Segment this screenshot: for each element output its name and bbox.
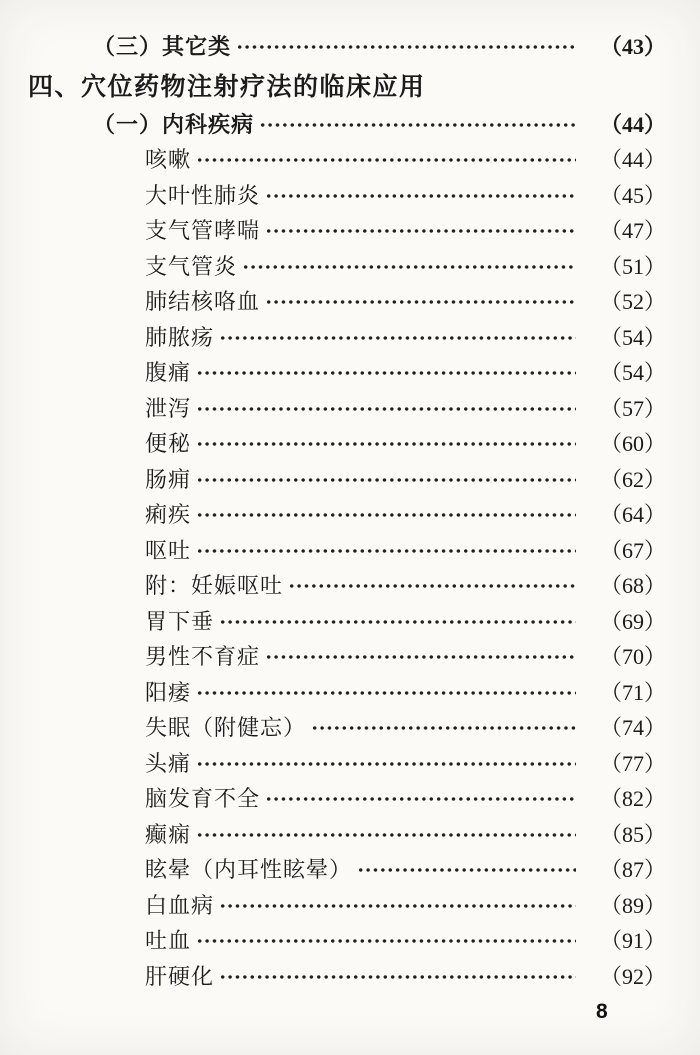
toc-entry: 失眠（附健忘） （74） bbox=[0, 709, 666, 745]
toc-entry-label: 男性不育症 bbox=[145, 640, 260, 671]
dot-leader bbox=[265, 638, 576, 674]
toc-entry-label: 泄泻 bbox=[145, 392, 191, 423]
toc-entry-label: 大叶性肺炎 bbox=[145, 179, 260, 210]
dot-leader bbox=[219, 887, 576, 923]
toc-entry: 大叶性肺炎 （45） bbox=[0, 177, 666, 213]
toc-entry: 胃下垂 （69） bbox=[0, 603, 666, 639]
toc-entry: 肠痈 （62） bbox=[0, 461, 666, 497]
toc-entry-label: 咳嗽 bbox=[145, 143, 191, 174]
toc-section-heading-label: 四、穴位药物注射疗法的临床应用 bbox=[28, 67, 426, 103]
toc-entry-page: （45） bbox=[580, 179, 666, 210]
dot-leader bbox=[265, 283, 576, 319]
dot-leader bbox=[288, 567, 576, 603]
toc-entry-page: （77） bbox=[580, 747, 666, 778]
dot-leader bbox=[196, 496, 576, 532]
toc-entry: 阳痿 （71） bbox=[0, 674, 666, 710]
toc-entry-label: 便秘 bbox=[145, 427, 191, 458]
toc-entry: 肺结核咯血 （52） bbox=[0, 283, 666, 319]
toc-entry-page: （68） bbox=[580, 569, 666, 600]
dot-leader bbox=[196, 425, 576, 461]
toc-entry-label: （三）其它类 bbox=[93, 30, 231, 61]
dot-leader bbox=[196, 354, 576, 390]
toc-entry: 附：妊娠呕吐 （68） bbox=[0, 567, 666, 603]
toc-entry-page: （52） bbox=[580, 285, 666, 316]
toc-entry-label: 附：妊娠呕吐 bbox=[145, 569, 283, 600]
dot-leader bbox=[357, 851, 576, 887]
toc-entry-label: 失眠（附健忘） bbox=[145, 711, 306, 742]
toc-entry: 支气管炎 （51） bbox=[0, 248, 666, 284]
toc-entry-label: 白血病 bbox=[145, 889, 214, 920]
toc-entry: 男性不育症 （70） bbox=[0, 638, 666, 674]
toc-entry-label: 阳痿 bbox=[145, 676, 191, 707]
toc-entry-page: （62） bbox=[580, 463, 666, 494]
toc-entry-label: 肺结核咯血 bbox=[145, 285, 260, 316]
toc-entry-page: （71） bbox=[580, 676, 666, 707]
dot-leader bbox=[196, 816, 576, 852]
toc-entry-level1: （三）其它类 （43） bbox=[0, 28, 666, 64]
dot-leader bbox=[196, 745, 576, 781]
dot-leader bbox=[196, 390, 576, 426]
dot-leader bbox=[196, 674, 576, 710]
toc-entry-page: （82） bbox=[580, 782, 666, 813]
dot-leader bbox=[196, 922, 576, 958]
toc-entry-page: （51） bbox=[580, 250, 666, 281]
page-number: 8 bbox=[596, 1000, 608, 1024]
dot-leader bbox=[242, 248, 576, 284]
toc-entry-page: （91） bbox=[580, 924, 666, 955]
toc-entry: 支气管哮喘 （47） bbox=[0, 212, 666, 248]
toc-entry-label: 脑发育不全 bbox=[145, 782, 260, 813]
toc-entry-page: （67） bbox=[580, 534, 666, 565]
toc-entry: 肺脓疡 （54） bbox=[0, 319, 666, 355]
toc-entry: 咳嗽 （44） bbox=[0, 141, 666, 177]
toc-entry-page: （74） bbox=[580, 711, 666, 742]
toc-entry-page: （43） bbox=[580, 30, 666, 61]
toc-entry: 腹痛 （54） bbox=[0, 354, 666, 390]
toc-entry-label: 腹痛 bbox=[145, 356, 191, 387]
dot-leader bbox=[196, 461, 576, 497]
toc-entry-label: 吐血 bbox=[145, 924, 191, 955]
toc-entry: 便秘 （60） bbox=[0, 425, 666, 461]
dot-leader bbox=[236, 28, 576, 64]
toc-entry-level1: （一）内科疾病 （44） bbox=[0, 106, 666, 142]
toc-entry-label: 头痛 bbox=[145, 747, 191, 778]
dot-leader bbox=[219, 958, 576, 994]
toc-entry: 痢疾 （64） bbox=[0, 496, 666, 532]
toc-entry-label: 痢疾 bbox=[145, 498, 191, 529]
toc-entry-label: 眩晕（内耳性眩晕） bbox=[145, 853, 352, 884]
dot-leader bbox=[265, 177, 576, 213]
toc-entry-page: （70） bbox=[580, 640, 666, 671]
toc-entry-page: （54） bbox=[580, 321, 666, 352]
toc-entry-label: 癫痫 bbox=[145, 818, 191, 849]
toc-entry-page: （60） bbox=[580, 427, 666, 458]
toc-entry-label: 呕吐 bbox=[145, 534, 191, 565]
toc-entry-page: （44） bbox=[580, 143, 666, 174]
toc-entry: 头痛 （77） bbox=[0, 745, 666, 781]
toc-entry: 泄泻 （57） bbox=[0, 390, 666, 426]
toc-entry: 白血病 （89） bbox=[0, 887, 666, 923]
toc-entry: 癫痫 （85） bbox=[0, 816, 666, 852]
toc-entry-label: 肠痈 bbox=[145, 463, 191, 494]
toc-entry-label: 肺脓疡 bbox=[145, 321, 214, 352]
dot-leader bbox=[265, 780, 576, 816]
dot-leader bbox=[265, 212, 576, 248]
toc-entry-page: （54） bbox=[580, 356, 666, 387]
toc-entry-label: 支气管炎 bbox=[145, 250, 237, 281]
dot-leader bbox=[219, 603, 576, 639]
toc-entry-label: （一）内科疾病 bbox=[93, 108, 254, 139]
toc-section-heading: 四、穴位药物注射疗法的临床应用 bbox=[0, 64, 666, 106]
toc-entry-page: （87） bbox=[580, 853, 666, 884]
toc-entry: 呕吐 （67） bbox=[0, 532, 666, 568]
toc-entry: 眩晕（内耳性眩晕） （87） bbox=[0, 851, 666, 887]
toc-entry-page: （64） bbox=[580, 498, 666, 529]
toc-entry: 肝硬化 （92） bbox=[0, 958, 666, 994]
dot-leader bbox=[311, 709, 576, 745]
toc-entry-label: 肝硬化 bbox=[145, 960, 214, 991]
toc-entry-page: （57） bbox=[580, 392, 666, 423]
toc-entry-label: 胃下垂 bbox=[145, 605, 214, 636]
toc-entry: 吐血 （91） bbox=[0, 922, 666, 958]
toc-entry-page: （85） bbox=[580, 818, 666, 849]
toc-entry: 脑发育不全 （82） bbox=[0, 780, 666, 816]
dot-leader bbox=[196, 141, 576, 177]
toc-entry-page: （69） bbox=[580, 605, 666, 636]
dot-leader bbox=[259, 106, 576, 142]
toc-entry-label: 支气管哮喘 bbox=[145, 214, 260, 245]
dot-leader bbox=[219, 319, 576, 355]
toc-page: （三）其它类 （43） 四、穴位药物注射疗法的临床应用 （一）内科疾病 （44）… bbox=[0, 0, 700, 1055]
toc-entry-page: （89） bbox=[580, 889, 666, 920]
toc-entry-page: （44） bbox=[580, 108, 666, 139]
toc-entry-page: （47） bbox=[580, 214, 666, 245]
toc-entry-page: （92） bbox=[580, 960, 666, 991]
dot-leader bbox=[196, 532, 576, 568]
